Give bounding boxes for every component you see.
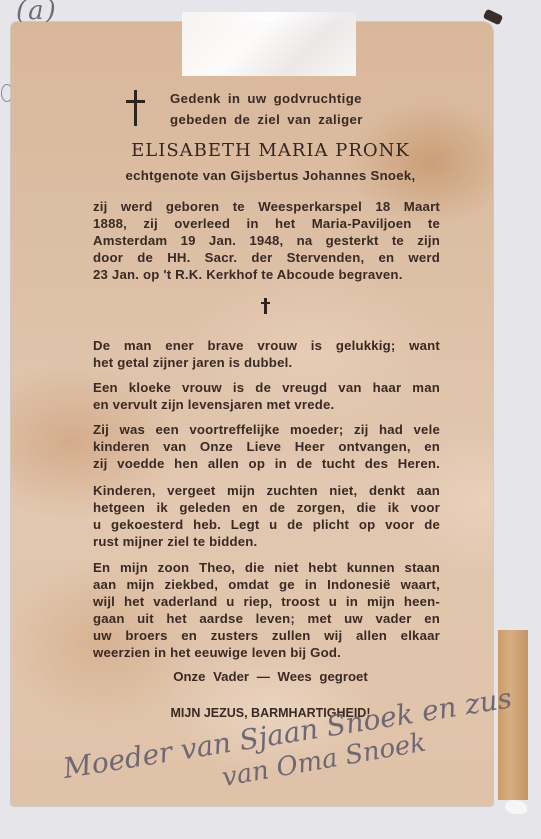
- paragraph-2: Een kloeke vrouw is de vreugd van haar m…: [93, 379, 440, 413]
- paragraph-3: Zij was een voortreffelijke moeder; zij …: [93, 421, 440, 472]
- text-line: het getal zijner jaren is dubbel.: [93, 354, 440, 371]
- text-line: Kinderen, vergeet mijn zuchten niet, den…: [93, 482, 440, 499]
- text-line: en vervult zijn levensjaren met vrede.: [93, 396, 440, 413]
- text-line: De man ener brave vrouw is gelukkig; wan…: [93, 337, 440, 354]
- text-line: zij voedde hen allen op in de tucht des …: [93, 455, 440, 472]
- paragraph-5: En mijn zoon Theo, die niet hebt kunnen …: [93, 559, 440, 661]
- bio-line: zij werd geboren te Weesperkarspel 18 Ma…: [93, 198, 440, 215]
- text-line: En mijn zoon Theo, die niet hebt kunnen …: [93, 559, 440, 576]
- intro-text: Gedenk in uw godvruchtige gebeden de zie…: [170, 88, 363, 130]
- spouse-line: echtgenote van Gijsbertus Johannes Snoek…: [0, 168, 541, 183]
- text-line: wijl het vaderland u riep, troost u in m…: [93, 593, 440, 610]
- cross-icon: [134, 90, 137, 126]
- deceased-name: ELISABETH MARIA PRONK: [0, 140, 541, 161]
- tape-strip-top: [182, 12, 356, 76]
- text-line: Zij was een voortreffelijke moeder; zij …: [93, 421, 440, 438]
- bio-line: Amsterdam 19 Jan. 1948, na gesterkt te z…: [93, 232, 440, 249]
- text-line: rust mijner ziel te bidden.: [93, 533, 440, 550]
- text-line: aan mijn ziekbed, omdat ge in Indonesië …: [93, 576, 440, 593]
- intro-line: Gedenk in uw godvruchtige: [170, 88, 363, 109]
- torn-corner: [505, 800, 527, 814]
- prayers-line: Onze Vader — Wees gegroet: [0, 669, 541, 684]
- paragraph-4: Kinderen, vergeet mijn zuchten niet, den…: [93, 482, 440, 550]
- bio-line: 23 Jan. op 't R.K. Kerkhof te Abcoude be…: [93, 266, 440, 283]
- intro-line: gebeden de ziel van zaliger: [170, 109, 363, 130]
- paragraph-1: De man ener brave vrouw is gelukkig; wan…: [93, 337, 440, 371]
- bio-line: door de HH. Sacr. der Stervenden, en wer…: [93, 249, 440, 266]
- text-line: hetgeen ik geleden en de zorgen, die ik …: [93, 499, 440, 516]
- text-line: Een kloeke vrouw is de vreugd van haar m…: [93, 379, 440, 396]
- biography: zij werd geboren te Weesperkarspel 18 Ma…: [93, 198, 440, 283]
- small-cross-icon: [264, 298, 267, 314]
- text-line: kinderen van Onze Lieve Heer ontvangen, …: [93, 438, 440, 455]
- text-line: weerzien in het eeuwige leven bij God.: [93, 644, 440, 661]
- text-line: u gekoesterd heb. Legt u de plicht op vo…: [93, 516, 440, 533]
- text-line: gaan uit het aardse leven; met uw vader …: [93, 610, 440, 627]
- text-line: uw broers en zusters zullen wij allen el…: [93, 627, 440, 644]
- bio-line: 1888, zij overleed in het Maria-Paviljoe…: [93, 215, 440, 232]
